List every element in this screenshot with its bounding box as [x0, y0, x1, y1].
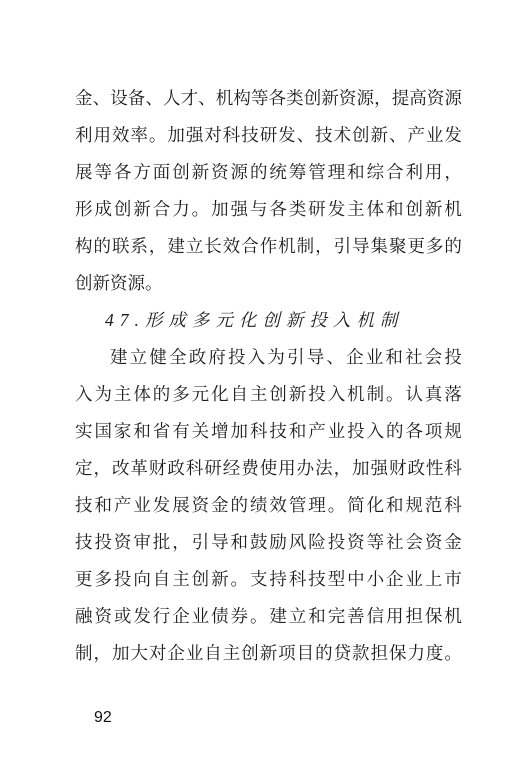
- text-block: 金、设备、人才、机构等各类创新资源，提高资源 利用效率。加强对科技研发、技术创新…: [75, 80, 462, 672]
- body-line-paragraph-end: 创新资源。: [75, 265, 462, 302]
- body-line: 展等各方面创新资源的统筹管理和综合利用，: [75, 154, 462, 191]
- body-line: 技投资审批，引导和鼓励风险投资等社会资金: [75, 524, 462, 561]
- body-line: 构的联系，建立长效合作机制，引导集聚更多的: [75, 228, 462, 265]
- body-line: 入为主体的多元化自主创新投入机制。认真落: [75, 376, 462, 413]
- page-number: 92: [94, 705, 112, 731]
- body-line: 融资或发行企业债券。建立和完善信用担保机: [75, 598, 462, 635]
- body-line-paragraph-end: 制，加大对企业自主创新项目的贷款担保力度。: [75, 635, 462, 672]
- book-page: 金、设备、人才、机构等各类创新资源，提高资源 利用效率。加强对科技研发、技术创新…: [0, 0, 529, 774]
- section-heading: 47.形成多元化创新投入机制: [75, 302, 462, 339]
- body-line: 更多投向自主创新。支持科技型中小企业上市: [75, 561, 462, 598]
- body-line-paragraph-start: 建立健全政府投入为引导、企业和社会投: [75, 339, 462, 376]
- body-line: 形成创新合力。加强与各类研发主体和创新机: [75, 191, 462, 228]
- body-line: 技和产业发展资金的绩效管理。简化和规范科: [75, 487, 462, 524]
- body-line: 金、设备、人才、机构等各类创新资源，提高资源: [75, 80, 462, 117]
- body-line: 实国家和省有关增加科技和产业投入的各项规: [75, 413, 462, 450]
- body-line: 利用效率。加强对科技研发、技术创新、产业发: [75, 117, 462, 154]
- body-line: 定，改革财政科研经费使用办法，加强财政性科: [75, 450, 462, 487]
